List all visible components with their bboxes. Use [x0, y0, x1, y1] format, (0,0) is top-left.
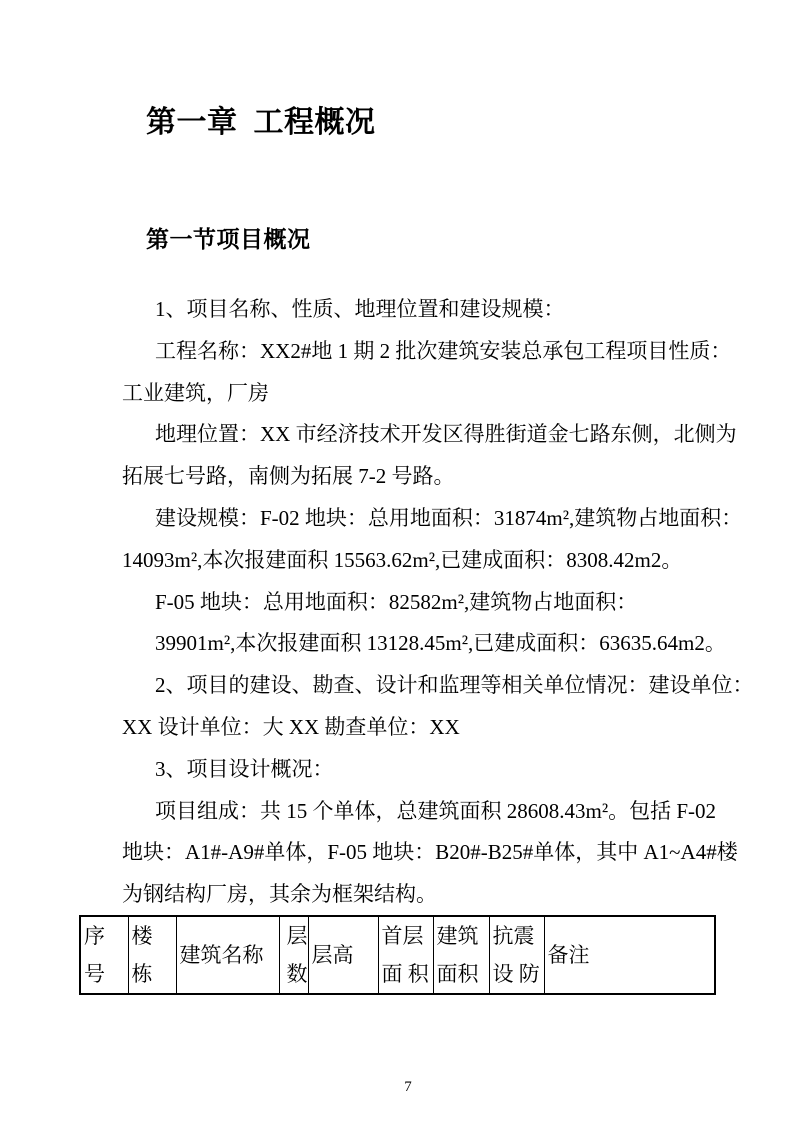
- body-line: F-05 地块：总用地面积：82582m²,建筑物占地面积：: [122, 582, 722, 624]
- body-line: 1、项目名称、性质、地理位置和建设规模：: [122, 289, 722, 331]
- col-header-building-area: 建筑 面积: [433, 916, 489, 994]
- body-line: 地理位置：XX 市经济技术开发区得胜街道金七路东侧，北侧为: [122, 414, 722, 456]
- body-line: XX 设计单位：大 XX 勘查单位：XX: [122, 707, 722, 749]
- col-header-building-name: 建筑名称: [176, 916, 279, 994]
- col-header-seismic-fortify: 抗震 设 防: [489, 916, 544, 994]
- body-line: 建设规模：F-02 地块：总用地面积：31874m²,建筑物占地面积：: [122, 498, 722, 540]
- body-line: 工业建筑，厂房: [122, 373, 722, 415]
- body-line: 2、项目的建设、勘查、设计和监理等相关单位情况：建设单位：: [122, 665, 722, 707]
- body-line: 拓展七号路，南侧为拓展 7-2 号路。: [122, 456, 722, 498]
- body-line: 地块：A1#-A9#单体，F-05 地块：B20#-B25#单体，其中 A1~A…: [122, 832, 722, 874]
- col-header-floor-height: 层高: [308, 916, 378, 994]
- col-header-first-floor-area: 首层 面 积: [378, 916, 433, 994]
- body-line: 3、项目设计概况：: [122, 749, 722, 791]
- section-title: 第一节项目概况: [146, 221, 311, 254]
- building-overview-table: 序 号 楼 栋 建筑名称 层 数 层高 首层 面 积 建筑 面积 抗震 设 防 …: [79, 915, 716, 995]
- table-header-row: 序 号 楼 栋 建筑名称 层 数 层高 首层 面 积 建筑 面积 抗震 设 防 …: [80, 916, 715, 994]
- body-text: 1、项目名称、性质、地理位置和建设规模： 工程名称：XX2#地 1 期 2 批次…: [122, 289, 722, 916]
- body-line: 工程名称：XX2#地 1 期 2 批次建筑安装总承包工程项目性质：: [122, 331, 722, 373]
- col-header-floor-count: 层 数: [279, 916, 308, 994]
- document-page: 第一章 工程概况 第一节项目概况 1、项目名称、性质、地理位置和建设规模： 工程…: [0, 0, 793, 1122]
- body-line: 为钢结构厂房，其余为框架结构。: [122, 874, 722, 916]
- body-line: 项目组成：共 15 个单体，总建筑面积 28608.43m²。包括 F-02: [122, 791, 722, 833]
- col-header-building-no: 楼 栋: [128, 916, 176, 994]
- page-number: 7: [0, 1079, 793, 1096]
- body-line: 14093m²,本次报建面积 15563.62m²,已建成面积：8308.42m…: [122, 540, 722, 582]
- col-header-seq-no: 序 号: [80, 916, 128, 994]
- col-header-remarks: 备注: [544, 916, 715, 994]
- chapter-title: 第一章 工程概况: [146, 97, 376, 141]
- body-line: 39901m²,本次报建面积 13128.45m²,已建成面积：63635.64…: [122, 623, 722, 665]
